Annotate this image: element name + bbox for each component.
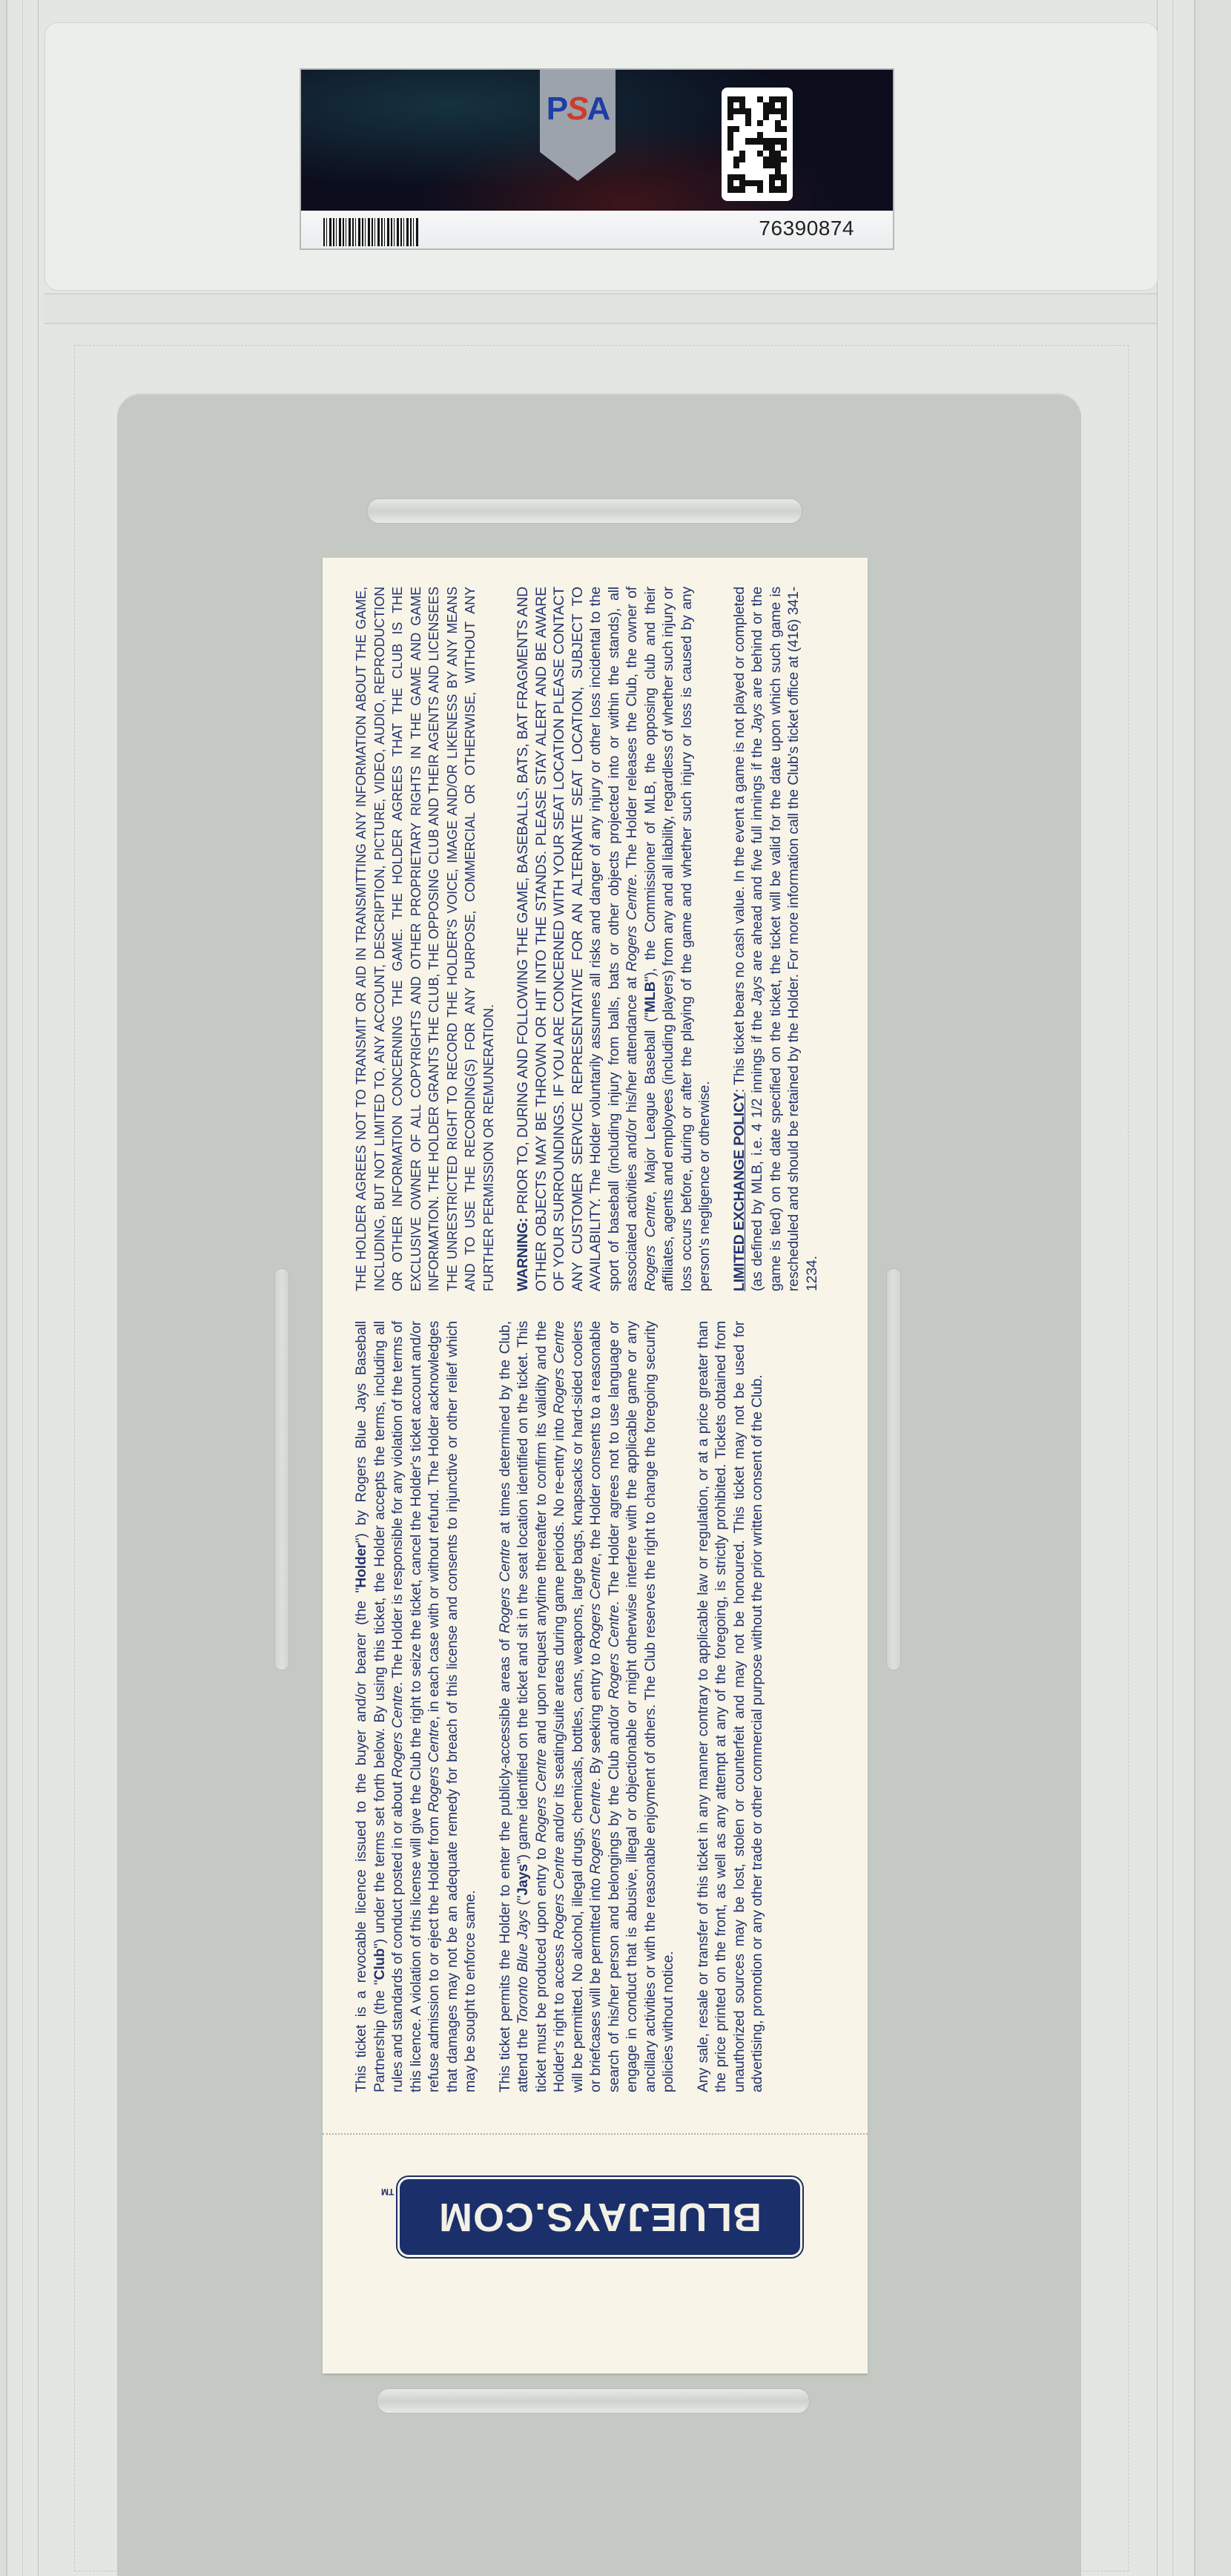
label-barcode-strip: 76390874 bbox=[301, 211, 893, 250]
bottom-retainer-clip bbox=[377, 2388, 810, 2414]
licence-terms-paragraph: This ticket is a revocable licence issue… bbox=[352, 1321, 480, 2092]
top-retainer-clip bbox=[367, 498, 802, 524]
warning-terms-paragraph: WARNING: PRIOR TO, DURING AND FOLLOWING … bbox=[514, 587, 714, 1291]
cert-number: 76390874 bbox=[759, 217, 854, 240]
warning-terms-paragraph: LIMITED EXCHANGE POLICY: This ticket bea… bbox=[730, 587, 822, 1291]
ticket-stub: TM BLUEJAYS.COM bbox=[323, 2133, 868, 2374]
qr-code-icon[interactable] bbox=[722, 88, 793, 201]
licence-terms-paragraph: This ticket permits the Holder to enter … bbox=[496, 1321, 678, 2092]
bluejays-url: BLUEJAYS.COM bbox=[438, 2194, 762, 2240]
warning-terms-paragraph: THE HOLDER AGREES NOT TO TRANSMIT OR AID… bbox=[352, 587, 498, 1291]
left-retainer-clip bbox=[274, 1268, 289, 1670]
slab-rail-right bbox=[1157, 0, 1173, 2576]
qr-code-pattern bbox=[727, 96, 787, 193]
bluejays-logo-badge: BLUEJAYS.COM bbox=[400, 2179, 800, 2255]
terms-column-licence: This ticket is a revocable licence issue… bbox=[352, 1321, 842, 2092]
licence-terms-paragraph: Any sale, resale or transfer of this tic… bbox=[694, 1321, 767, 2092]
trademark-mark: TM bbox=[381, 2187, 394, 2197]
slab-rail-left bbox=[22, 0, 39, 2576]
terms-column-warning: THE HOLDER AGREES NOT TO TRANSMIT OR AID… bbox=[352, 587, 842, 1291]
ticket-back: This ticket is a revocable licence issue… bbox=[323, 558, 868, 2374]
ticket-terms-rotated: This ticket is a revocable licence issue… bbox=[323, 558, 868, 2133]
barcode-icon bbox=[323, 218, 420, 246]
right-retainer-clip bbox=[886, 1268, 901, 1670]
psa-cert-label: PSA 76390874 bbox=[300, 68, 894, 250]
psa-logo: PSA bbox=[540, 90, 615, 128]
slab-ridge bbox=[44, 293, 1157, 324]
